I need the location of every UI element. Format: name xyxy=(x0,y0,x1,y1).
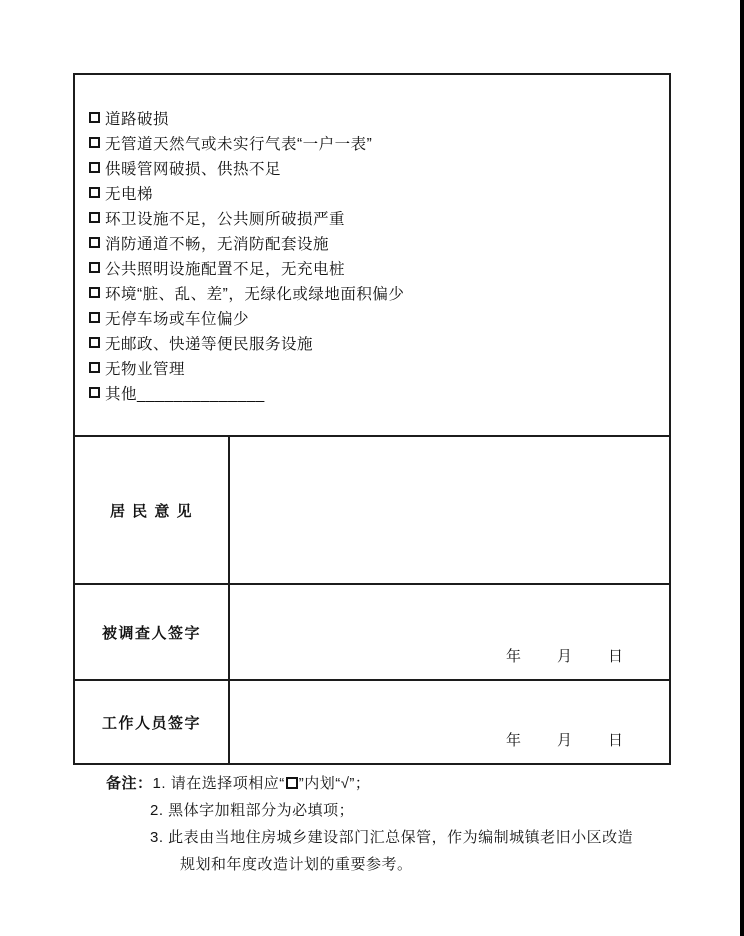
checklist-item: 环境“脏、乱、差”，无绿化或绿地面积偏少 xyxy=(89,280,653,305)
staff-signature-field: 年 月 日 xyxy=(230,681,669,763)
checklist-item-label: 供暖管网破损、供热不足 xyxy=(105,157,281,179)
note-line-3-continued: 规划和年度改造计划的重要参考。 xyxy=(0,851,740,878)
staff-signature-row: 工作人员签字 年 月 日 xyxy=(75,679,669,763)
surveyed-signature-row: 被调查人签字 年 月 日 xyxy=(75,583,669,679)
resident-opinion-label: 居 民 意 见 xyxy=(75,437,230,583)
checklist-item: 无物业管理 xyxy=(89,355,653,380)
checklist-item: 无管道天然气或未实行气表“一户一表” xyxy=(89,130,653,155)
checklist-item-label: 环境“脏、乱、差”，无绿化或绿地面积偏少 xyxy=(105,282,404,304)
notes-section: 备注：1. 请在选择项相应“”内划“√”； 2. 黑体字加粗部分为必填项； 3.… xyxy=(0,770,740,878)
survey-form-table: 道路破损无管道天然气或未实行气表“一户一表”供暖管网破损、供热不足无电梯环卫设施… xyxy=(73,73,671,765)
staff-signature-label: 工作人员签字 xyxy=(75,681,230,763)
date-month-label: 月 xyxy=(557,729,572,750)
notes-label: 备注： xyxy=(106,775,153,792)
checklist-item: 无电梯 xyxy=(89,180,653,205)
staff-date-line: 年 月 日 xyxy=(506,729,623,750)
checkbox-icon xyxy=(89,212,100,223)
checklist-item-label: 无管道天然气或未实行气表“一户一表” xyxy=(105,132,372,154)
checkbox-icon xyxy=(89,287,100,298)
checkbox-icon xyxy=(89,387,100,398)
note-line-1: 备注：1. 请在选择项相应“”内划“√”； xyxy=(0,770,740,797)
checklist-item-label: 无停车场或车位偏少 xyxy=(105,307,249,329)
checklist-item-label: 其他______________ xyxy=(105,382,265,404)
note-line-2: 2. 黑体字加粗部分为必填项； xyxy=(0,797,740,824)
note-1-text-suffix: ”内划“√”； xyxy=(299,775,371,792)
checklist-item: 无停车场或车位偏少 xyxy=(89,305,653,330)
issue-checklist: 道路破损无管道天然气或未实行气表“一户一表”供暖管网破损、供热不足无电梯环卫设施… xyxy=(75,75,669,435)
checklist-item: 公共照明设施配置不足，无充电桩 xyxy=(89,255,653,280)
date-day-label: 日 xyxy=(608,645,623,666)
checkbox-icon xyxy=(89,187,100,198)
checkbox-icon xyxy=(89,312,100,323)
checklist-item-label: 无邮政、快递等便民服务设施 xyxy=(105,332,313,354)
date-year-label: 年 xyxy=(506,645,521,666)
note-1-text-prefix: 1. 请在选择项相应“ xyxy=(153,775,285,792)
document-page: 道路破损无管道天然气或未实行气表“一户一表”供暖管网破损、供热不足无电梯环卫设施… xyxy=(0,0,744,936)
right-edge-bar xyxy=(740,0,744,936)
surveyed-date-line: 年 月 日 xyxy=(506,645,623,666)
surveyed-signature-label: 被调查人签字 xyxy=(75,585,230,679)
checkbox-icon xyxy=(89,237,100,248)
resident-opinion-field xyxy=(230,437,669,583)
checklist-item: 其他______________ xyxy=(89,380,653,405)
checkbox-icon xyxy=(89,262,100,273)
checklist-item: 道路破损 xyxy=(89,105,653,130)
checklist-item: 消防通道不畅，无消防配套设施 xyxy=(89,230,653,255)
checkbox-icon xyxy=(89,162,100,173)
checklist-item-label: 公共照明设施配置不足，无充电桩 xyxy=(105,257,345,279)
note-line-3: 3. 此表由当地住房城乡建设部门汇总保管，作为编制城镇老旧小区改造 xyxy=(0,824,740,851)
checkbox-icon xyxy=(286,777,298,789)
checkbox-icon xyxy=(89,362,100,373)
checklist-item: 供暖管网破损、供热不足 xyxy=(89,155,653,180)
date-year-label: 年 xyxy=(506,729,521,750)
checklist-item: 环卫设施不足，公共厕所破损严重 xyxy=(89,205,653,230)
checkbox-icon xyxy=(89,112,100,123)
date-day-label: 日 xyxy=(608,729,623,750)
surveyed-signature-field: 年 月 日 xyxy=(230,585,669,679)
checklist-item-label: 无电梯 xyxy=(105,182,153,204)
checkbox-icon xyxy=(89,337,100,348)
checklist-item-label: 无物业管理 xyxy=(105,357,185,379)
date-month-label: 月 xyxy=(557,645,572,666)
checklist-item: 无邮政、快递等便民服务设施 xyxy=(89,330,653,355)
checklist-item-label: 道路破损 xyxy=(105,107,169,129)
checklist-item-label: 环卫设施不足，公共厕所破损严重 xyxy=(105,207,345,229)
checklist-item-label: 消防通道不畅，无消防配套设施 xyxy=(105,232,329,254)
resident-opinion-row: 居 民 意 见 xyxy=(75,435,669,583)
checkbox-icon xyxy=(89,137,100,148)
